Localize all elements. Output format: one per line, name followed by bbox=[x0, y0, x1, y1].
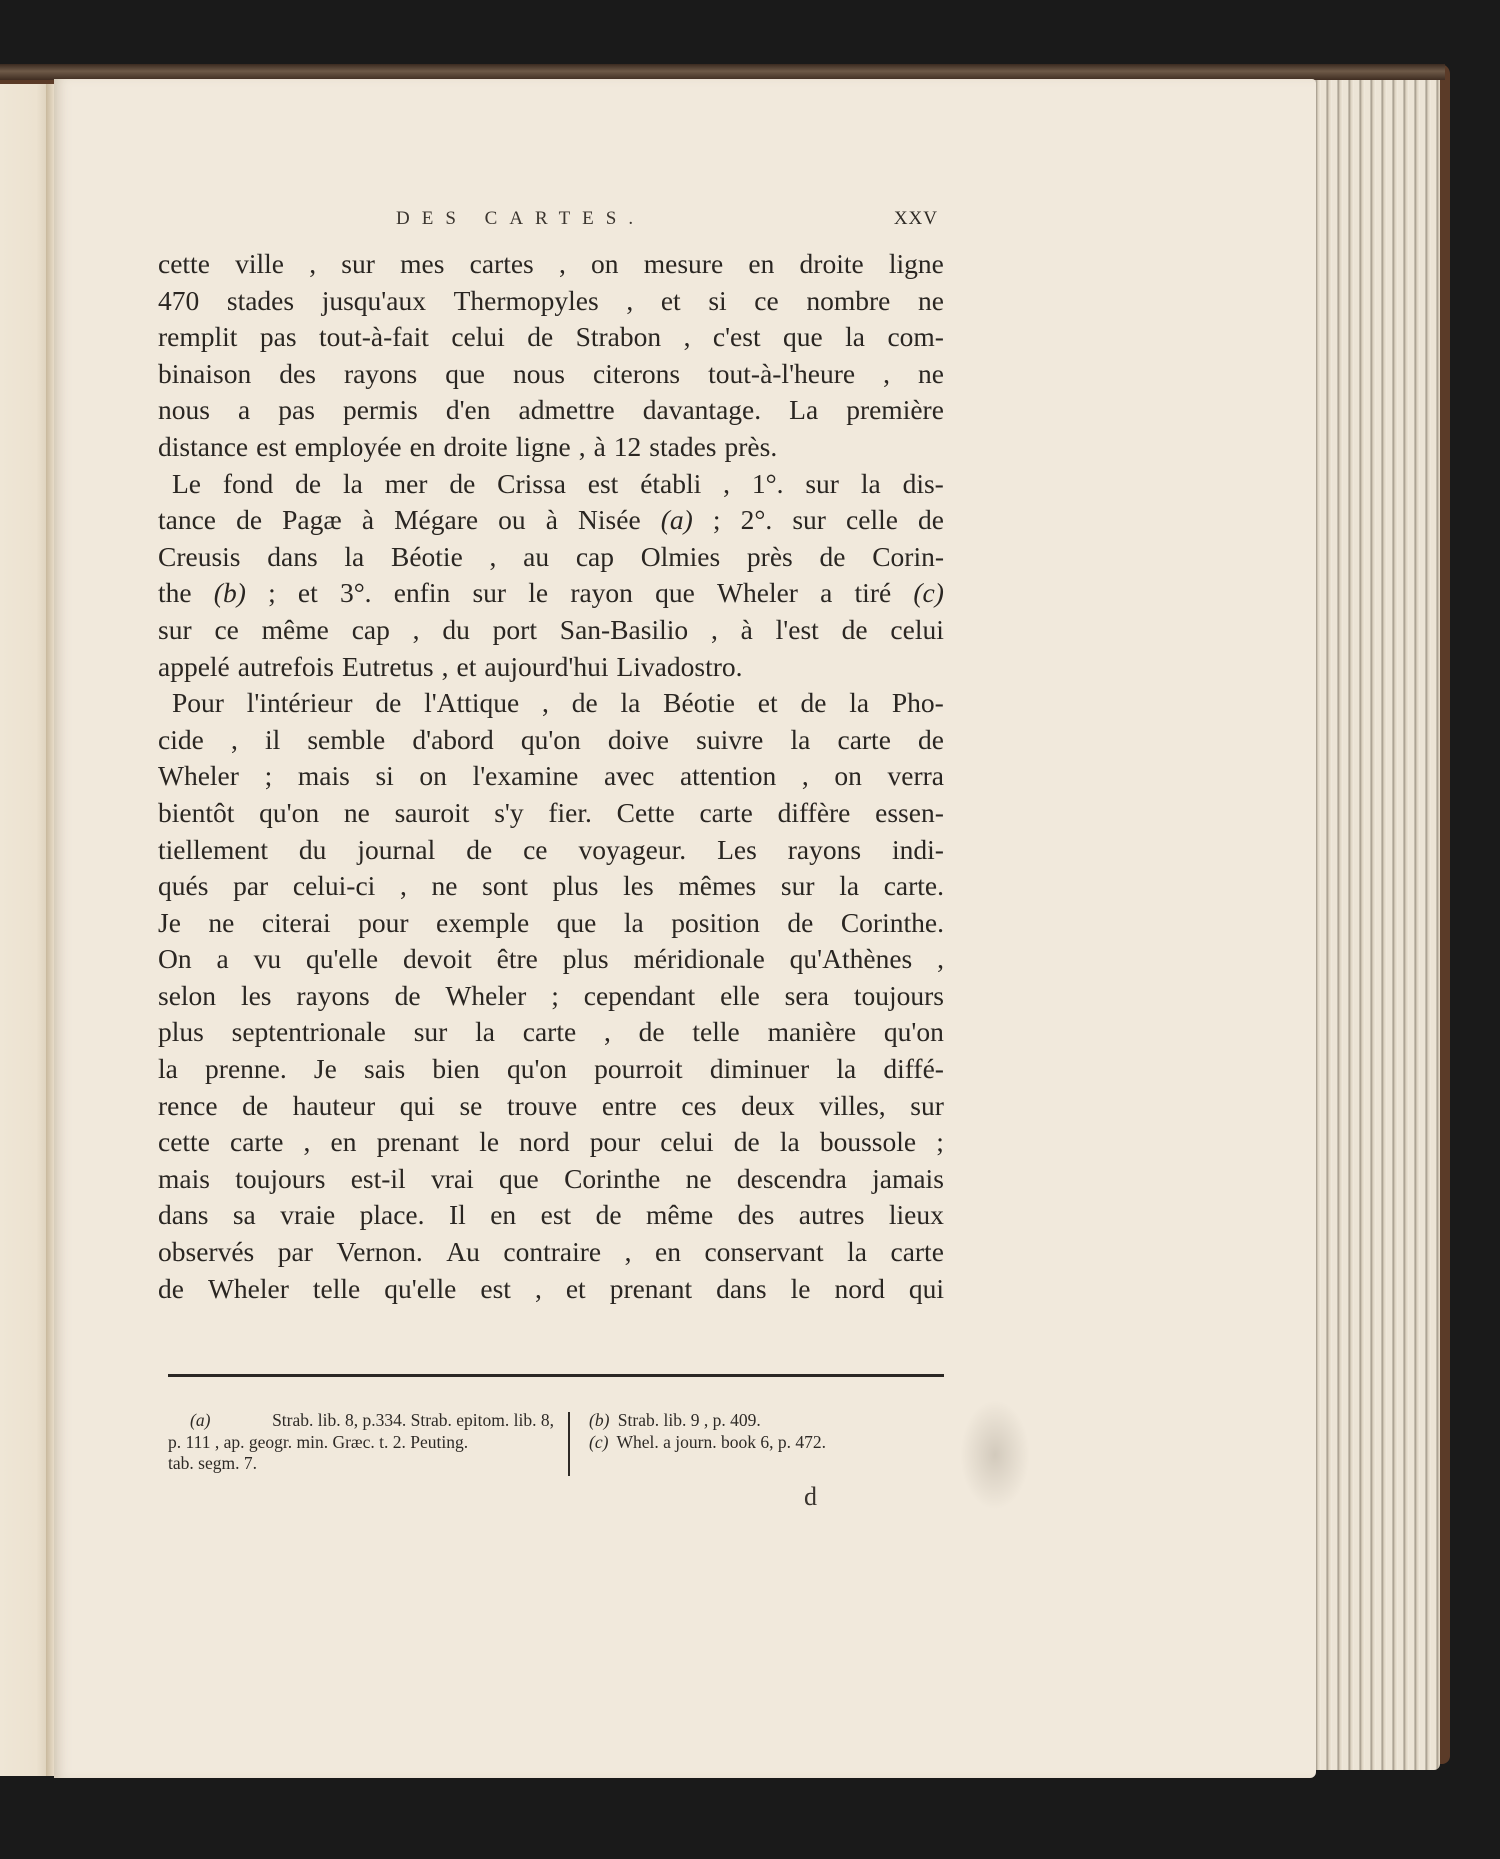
text-line: Onavuqu'elledevoitêtreplusméridionalequ'… bbox=[158, 941, 944, 978]
text-line: appeléautrefoisEutretus,etaujourd'huiLiv… bbox=[158, 649, 944, 686]
text-line: bientôtqu'onnesauroits'yfier.Cettecarted… bbox=[158, 795, 944, 832]
paper-stain bbox=[960, 1400, 1030, 1510]
text-line: deWhelertellequ'elleest,etprenantdanslen… bbox=[158, 1271, 944, 1308]
text-line: laprenne.Jesaisbienqu'onpourroitdiminuer… bbox=[158, 1051, 944, 1088]
text-line: cetteville,surmescartes,onmesureendroite… bbox=[158, 246, 944, 283]
footnote-b: (b) Strab. lib. 9 , p. 409. bbox=[589, 1410, 949, 1432]
body-text: cetteville,surmescartes,onmesureendroite… bbox=[158, 246, 944, 1307]
text-line: observésparVernon.Aucontraire,enconserva… bbox=[158, 1234, 944, 1271]
text-line: Wheler;maissionl'examineavecattention,on… bbox=[158, 758, 944, 795]
footnote-text: p. 111 , ap. geogr. min. Græc. t. 2. Peu… bbox=[168, 1432, 554, 1454]
paragraph-start-line: LefonddelamerdeCrissaestétabli,1°.surlad… bbox=[158, 466, 944, 503]
text-line: CreusisdanslaBéotie,aucapOlmiesprèsdeCor… bbox=[158, 539, 944, 576]
text-line: maistoujoursest-ilvraiqueCorinthenedesce… bbox=[158, 1161, 944, 1198]
text-line: plusseptentrionalesurlacarte,detellemani… bbox=[158, 1014, 944, 1051]
page-number: XXV bbox=[894, 208, 938, 230]
footnote-column-divider bbox=[568, 1412, 570, 1476]
page-gutter bbox=[46, 84, 54, 1776]
text-line: selonlesrayonsdeWheler;cependantellesera… bbox=[158, 978, 944, 1015]
footnote-text: Whel. a journ. book 6, p. 472. bbox=[617, 1432, 826, 1452]
text-line: remplitpastout-à-faitceluideStrabon,c'es… bbox=[158, 319, 944, 356]
footnotes-b-c: (b) Strab. lib. 9 , p. 409. (c) Whel. a … bbox=[589, 1410, 949, 1453]
facing-page-edge bbox=[0, 84, 52, 1776]
running-head: DES CARTES. bbox=[396, 208, 645, 230]
text-line: JeneciteraipourexemplequelapositiondeCor… bbox=[158, 905, 944, 942]
footnote-mark: (b) bbox=[589, 1410, 609, 1430]
paragraph-start-line: Pourl'intérieurdel'Attique,delaBéotieetd… bbox=[158, 685, 944, 722]
text-line: cettecarte,enprenantlenordpourceluidelab… bbox=[158, 1124, 944, 1161]
footnote-c: (c) Whel. a journ. book 6, p. 472. bbox=[589, 1432, 949, 1454]
footnote-mark: (c) bbox=[589, 1432, 608, 1452]
page-header: DES CARTES. XXV bbox=[158, 208, 944, 238]
footnote-text: Strab. lib. 9 , p. 409. bbox=[618, 1410, 761, 1430]
text-line: surcemêmecap,duportSan-Basilio,àl'estdec… bbox=[158, 612, 944, 649]
text-line: nousapaspermisd'enadmettredavantage.Lapr… bbox=[158, 392, 944, 429]
text-line: binaisondesrayonsquenousciteronstout-à-l… bbox=[158, 356, 944, 393]
footnote-text: tab. segm. 7. bbox=[168, 1453, 554, 1475]
footnote-mark: (a) bbox=[190, 1410, 210, 1432]
page-leaves-stack bbox=[1310, 80, 1440, 1770]
text-line: cide,ilsembled'abordqu'ondoivesuivrelaca… bbox=[158, 722, 944, 759]
text-line: rencedehauteurquisetrouveentrecesdeuxvil… bbox=[158, 1088, 944, 1125]
text-line: the(b);et3°.enfinsurlerayonqueWheleratir… bbox=[158, 575, 944, 612]
signature-mark: d bbox=[804, 1482, 817, 1512]
footnote-text: Strab. lib. 8, p.334. Strab. epitom. lib… bbox=[272, 1410, 554, 1432]
text-line: danssavraieplace.Ilenestdemêmedesautresl… bbox=[158, 1197, 944, 1234]
footnote-rule bbox=[168, 1374, 944, 1377]
text-line: tancedePagæàMégareouàNisée(a);2°.surcell… bbox=[158, 502, 944, 539]
text-line: 470stadesjusqu'auxThermopyles,etsicenomb… bbox=[158, 283, 944, 320]
text-line: distanceestemployéeendroiteligne,à12stad… bbox=[158, 429, 944, 466]
footnote-a: (a) Strab. lib. 8, p.334. Strab. epitom.… bbox=[168, 1410, 554, 1475]
text-line: quésparcelui-ci,nesontpluslesmêmessurlac… bbox=[158, 868, 944, 905]
cover-top-edge bbox=[0, 64, 1445, 80]
text-line: tiellementdujournaldecevoyageur.Lesrayon… bbox=[158, 832, 944, 869]
